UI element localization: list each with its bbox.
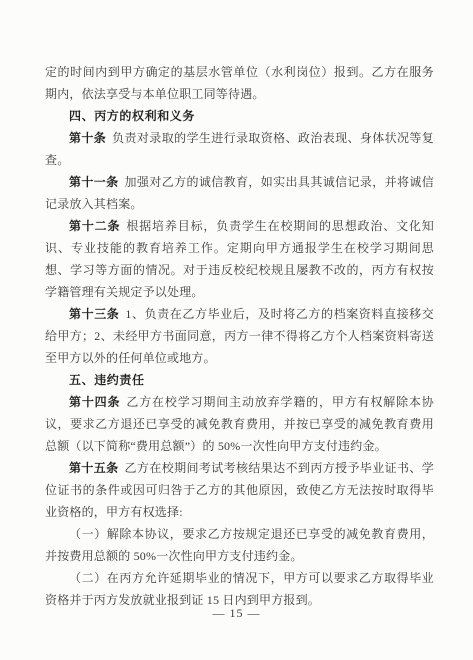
subclause-text: （一）解除本协议，要求乙方按规定退还已享受的减免教育费用，并按费用总额的 50%… xyxy=(45,527,434,563)
section-heading-5: 五、违约责任 xyxy=(45,369,434,391)
clause-number: 第十三条 xyxy=(69,307,119,321)
clause-11: 第十一条加强对乙方的诚信教育，如实出具其诚信记录，并将诚信记录放入其档案。 xyxy=(45,171,434,215)
clause-number: 第十四条 xyxy=(69,395,120,409)
clause-number: 第十条 xyxy=(69,131,106,145)
clause-number: 第十五条 xyxy=(69,461,119,475)
clause-number: 第十一条 xyxy=(69,175,119,189)
heading-text: 五、违约责任 xyxy=(69,373,145,387)
contract-body: 定的时间内到甲方确定的基层水管单位（水利岗位）报到。乙方在服务期内，依法享受与本… xyxy=(45,61,434,611)
paragraph-text: 定的时间内到甲方确定的基层水管单位（水利岗位）报到。乙方在服务期内，依法享受与本… xyxy=(45,65,434,101)
document-page: 定的时间内到甲方确定的基层水管单位（水利岗位）报到。乙方在服务期内，依法享受与本… xyxy=(0,0,473,660)
subclause-1: （一）解除本协议，要求乙方按规定退还已享受的减免教育费用，并按费用总额的 50%… xyxy=(45,523,434,567)
clause-14: 第十四条乙方在校学习期间主动放弃学籍的，甲方有权解除本协议，要求乙方退还已享受的… xyxy=(45,391,434,457)
continuation-paragraph: 定的时间内到甲方确定的基层水管单位（水利岗位）报到。乙方在服务期内，依法享受与本… xyxy=(45,61,434,105)
clause-13: 第十三条1、负责在乙方毕业后，及时将乙方的档案资料直接移交给甲方；2、未经甲方书… xyxy=(45,303,434,369)
heading-text: 四、丙方的权利和义务 xyxy=(69,109,195,123)
clause-15: 第十五条乙方在校期间考试考核结果达不到丙方授予毕业证书、学位证书的条件或因可归咎… xyxy=(45,457,434,523)
clause-10: 第十条负责对录取的学生进行录取资格、政治表现、身体状况等复查。 xyxy=(45,127,434,171)
section-heading-4: 四、丙方的权利和义务 xyxy=(45,105,434,127)
page-number: — 15 — xyxy=(0,602,473,624)
clause-12: 第十二条根据培养目标，负责学生在校期间的思想政治、文化知识、专业技能的教育培养工… xyxy=(45,215,434,303)
clause-number: 第十二条 xyxy=(69,219,120,233)
